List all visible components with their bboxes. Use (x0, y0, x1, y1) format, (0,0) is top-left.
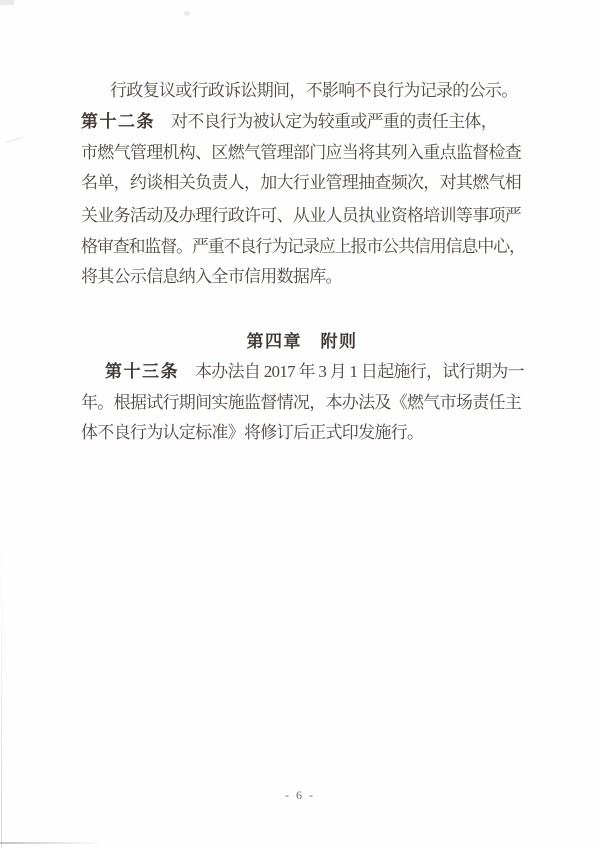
text-line: 行政复议或行政诉讼期间，不影响不良行为记录的公示。 (81, 80, 523, 102)
text-line: 市燃气管理机构、区燃气管理部门应当将其列入重点监督检查 (81, 142, 523, 164)
text-line: 年。根据试行期间实施监督情况，本办法及《燃气市场责任主 (81, 392, 523, 414)
text-segment: 对不良行为被认定为较重或严重的责任主体， (171, 112, 497, 131)
page-number: - 6 - (0, 788, 600, 802)
text-line-article-13: 第十三条本办法自 2017 年 3 月 1 日起施行，试行期为一 (81, 361, 523, 383)
text-line-article-12: 第十二条对不良行为被认定为较重或严重的责任主体， (81, 111, 523, 133)
text-line: 将其公示信息纳入全市信用数据库。 (81, 266, 523, 288)
text-line: 格审查和监督。严重不良行为记录应上报市公共信用信息中心， (81, 236, 523, 258)
text-segment: 本办法自 2017 年 3 月 1 日起施行，试行期为一 (195, 362, 524, 381)
scan-artifact-top-left (0, 0, 14, 5)
article-number-label: 第十二条 (81, 112, 155, 131)
scanned-document-page: 行政复议或行政诉讼期间，不影响不良行为记录的公示。 第十二条对不良行为被认定为较… (0, 0, 600, 848)
text-line: 体不良行为认定标准》将修订后正式印发施行。 (81, 422, 523, 444)
scan-artifact-smudge (6, 136, 26, 150)
article-number-label: 第十三条 (105, 362, 179, 381)
scan-artifact-dot (184, 11, 190, 16)
text-line: 名单，约谈相关负责人，加大行业管理抽查频次，对其燃气相 (81, 172, 523, 194)
chapter-heading: 第四章 附则 (81, 331, 523, 353)
text-line: 关业务活动及办理行政许可、从业人员执业资格培训等事项严 (81, 205, 523, 227)
scan-artifact-bottom-line (0, 842, 102, 844)
